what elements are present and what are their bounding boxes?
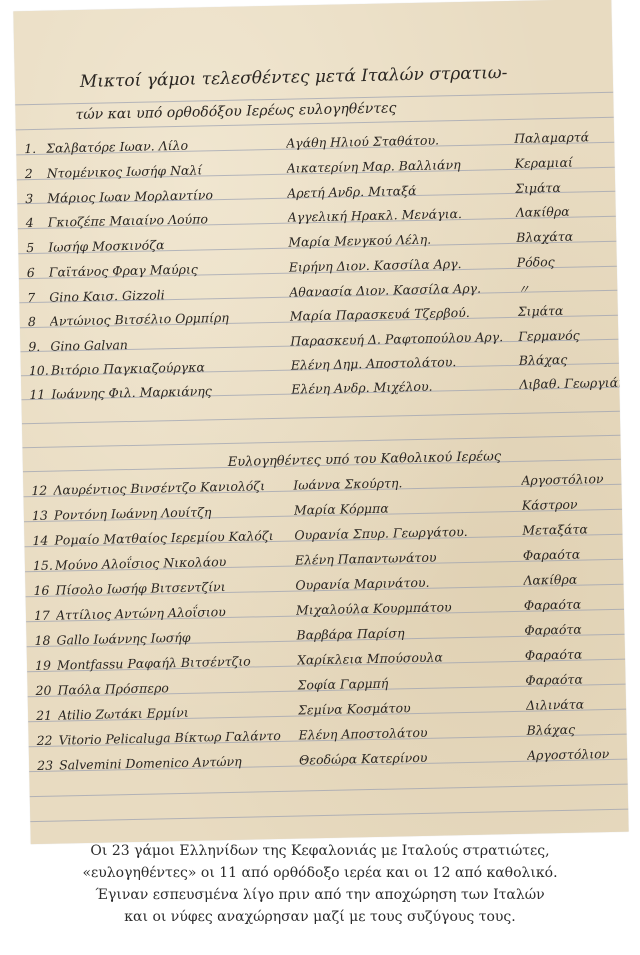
bride-name: Βαρβάρα Παρίση: [296, 623, 516, 643]
entry-number: 1.: [24, 141, 46, 156]
village: Κεραμιαί: [514, 154, 614, 171]
entry-number: 23: [37, 758, 59, 773]
groom-name: Montfassu Ραφαήλ Βιτσέντζιο: [57, 653, 287, 673]
bride-name: Σοφία Γαρμπή: [297, 673, 517, 693]
groom-name: Αντώνιος Βιτσέλιο Ορμπίρη: [50, 309, 280, 329]
entry-number: 7: [27, 290, 49, 305]
bride-name: Μαρία Παρασκευά Τζερβού.: [290, 304, 510, 324]
photo-caption: Οι 23 γάμοι Ελληνίδων της Κεφαλονιάς με …: [0, 840, 640, 928]
bride-name: Αθανασία Διον. Κασσίλα Αργ.: [289, 280, 509, 300]
bride-name: Αρετή Ανδρ. Μιταξά: [287, 181, 507, 201]
bride-name: Αγάθη Ηλιού Σταθάτου.: [286, 131, 506, 151]
caption-line: Έγιναν εσπευσμένα λίγο πριν από την αποχ…: [0, 884, 640, 906]
groom-name: Ιωσήφ Μοσκινόζα: [48, 235, 278, 255]
entry-number: 16: [33, 583, 55, 598]
groom-name: Vitorio Pelicaluga Βίκτωρ Γαλάντο: [58, 728, 288, 748]
document-title-line1: Μικτοί γάμοι τελεσθέντες μετά Ιταλών στρ…: [80, 63, 508, 92]
groom-name: Λαυρέντιος Βινσέντζο Κανιολόζι: [53, 478, 283, 498]
entry-number: 4: [26, 215, 48, 230]
groom-name: Gino Καισ. Gizzoli: [49, 285, 279, 305]
bride-name: Ελένη Ανδρ. Μιχέλου.: [291, 377, 511, 397]
entry-number: 9.: [28, 339, 50, 354]
groom-name: Πίσολο Ιωσήφ Βιτσεντζίνι: [55, 578, 285, 598]
village: Λιβαθ. Γεωργιάνη: [519, 375, 619, 392]
entry-number: 14: [32, 533, 54, 548]
groom-name: Gino Galvan: [50, 334, 280, 354]
caption-line: «ευλογηθέντες» οι 11 από ορθόδοξο ιερέα …: [0, 862, 640, 884]
bride-name: Ουρανία Μαρινάτου.: [295, 573, 515, 593]
bride-name: Ειρήνη Διον. Κασσίλα Αργ.: [289, 255, 509, 275]
entry-number: 21: [36, 708, 58, 723]
bride-name: Αγγελική Ηρακλ. Μενάγια.: [288, 205, 508, 225]
bride-name: Χαρίκλεια Μπούσουλα: [297, 648, 517, 668]
village: Φαραότα: [525, 671, 625, 688]
entry-number: 17: [34, 608, 56, 623]
entry-number: 2: [25, 166, 47, 181]
village: Φαραότα: [524, 596, 624, 613]
village: Φαραότα: [524, 621, 624, 638]
village: Φαραότα: [525, 646, 625, 663]
entry-number: 6: [27, 265, 49, 280]
village: Σιμάτα: [518, 302, 618, 319]
village: Βλάχας: [519, 351, 619, 368]
entry-number: 22: [36, 733, 58, 748]
village: Σιμάτα: [515, 179, 615, 196]
entry-number: 15.: [33, 558, 55, 573]
bride-name: Ελένη Παπαντωνάτου: [295, 548, 515, 568]
entry-number: 11: [29, 387, 51, 402]
groom-name: Ροντόνη Ιωάννη Λουίτζη: [54, 503, 284, 523]
groom-name: Γκιοζέπε Μαιαίνο Λούπο: [48, 210, 278, 230]
entry-number: 18: [34, 633, 56, 648]
groom-name: Ρομαίο Ματθαίος Ιερεμίου Καλόζι: [54, 528, 284, 548]
bride-name: Ουρανία Σπυρ. Γεωργάτου.: [294, 523, 514, 543]
groom-name: Μάριος Ιωαν Μορλαντίνο: [47, 186, 277, 206]
entry-number: 13: [32, 508, 54, 523]
bride-name: Μιχαλούλα Κουρμπάτου: [296, 598, 516, 618]
groom-name: Αττίλιος Αντώνη Αλοΐσιου: [56, 603, 286, 623]
groom-name: Ντομένικος Ιωσήφ Ναλί: [47, 161, 277, 181]
entry-number: 3: [25, 191, 47, 206]
bride-name: Μαρία Μενγκού Λέλη.: [288, 230, 508, 250]
document-title-line2: τών και υπό ορθοδόξου Ιερέως ευλογηθέντε…: [75, 100, 396, 123]
catholic-section-heading: Ευλογηθέντες υπό του Καθολικού Ιερέως: [228, 449, 502, 470]
bride-name: Θεοδώρα Κατερίνου: [299, 748, 519, 768]
entry-number: 19: [35, 658, 57, 673]
village: 〃: [517, 278, 617, 298]
groom-name: Ιωάννης Φιλ. Μαρκιάνης: [51, 382, 281, 402]
village: Μεταξάτα: [522, 521, 622, 538]
village: Φαραότα: [523, 546, 623, 563]
ruled-line: [22, 435, 620, 449]
caption-line: και οι νύφες αναχώρησαν μαζί με τους συζ…: [0, 906, 640, 928]
ruled-line: [30, 784, 628, 798]
village: Διλινάτα: [526, 696, 626, 713]
village: Βλαχάτα: [516, 228, 616, 245]
village: Λακίθρα: [516, 203, 616, 220]
bride-name: Παρασκευή Δ. Ραφτοπούλου Αργ.: [290, 329, 510, 349]
groom-name: Βιτόριο Παγκιαζούργκα: [51, 358, 281, 378]
bride-name: Σεμίνα Κοσμάτου: [298, 698, 518, 718]
village: Αργοστόλιον: [527, 746, 627, 763]
groom-name: Σαλβατόρε Ιωαν. Λίλο: [46, 136, 276, 156]
village: Γερμανός: [518, 327, 618, 344]
village: Αργοστόλιον: [521, 471, 621, 488]
bride-name: Ελένη Αποστολάτου: [298, 723, 518, 743]
groom-name: Salvemini Domenico Αντώνη: [59, 753, 289, 773]
entry-number: 20: [35, 683, 57, 698]
groom-name: Παόλα Πρόσπερο: [57, 678, 287, 698]
village: Παλαμαρτά: [514, 129, 614, 146]
village: Ρόδος: [517, 253, 617, 270]
groom-name: Γαϊτάνος Φραγ Μαύρις: [49, 260, 279, 280]
bride-name: Μαρία Κόρμπα: [294, 498, 514, 518]
entry-number: 10.: [29, 363, 51, 378]
village: Λακίθρα: [523, 571, 623, 588]
bride-name: Ελένη Δημ. Αποστολάτου.: [291, 353, 511, 373]
groom-name: Atilio Ζωτάκι Ερμίνι: [58, 703, 288, 723]
village: Κάστρον: [522, 496, 622, 513]
entry-number: 8: [28, 314, 50, 329]
village: Βλάχας: [526, 721, 626, 738]
ruled-line: [30, 809, 628, 823]
groom-name: Gallo Ιωάννης Ιωσήφ: [56, 628, 286, 648]
caption-line: Οι 23 γάμοι Ελληνίδων της Κεφαλονιάς με …: [0, 840, 640, 862]
handwritten-document: Μικτοί γάμοι τελεσθέντες μετά Ιταλών στρ…: [13, 0, 628, 844]
entry-number: 5: [26, 240, 48, 255]
ruled-line: [22, 411, 620, 425]
bride-name: Ιωάννα Σκούρτη.: [293, 473, 513, 493]
bride-name: Αικατερίνη Μαρ. Βαλλιάνη: [287, 156, 507, 176]
entry-number: 12: [31, 483, 53, 498]
groom-name: Μούνο Αλοΐσιος Νικολάου: [55, 553, 285, 573]
